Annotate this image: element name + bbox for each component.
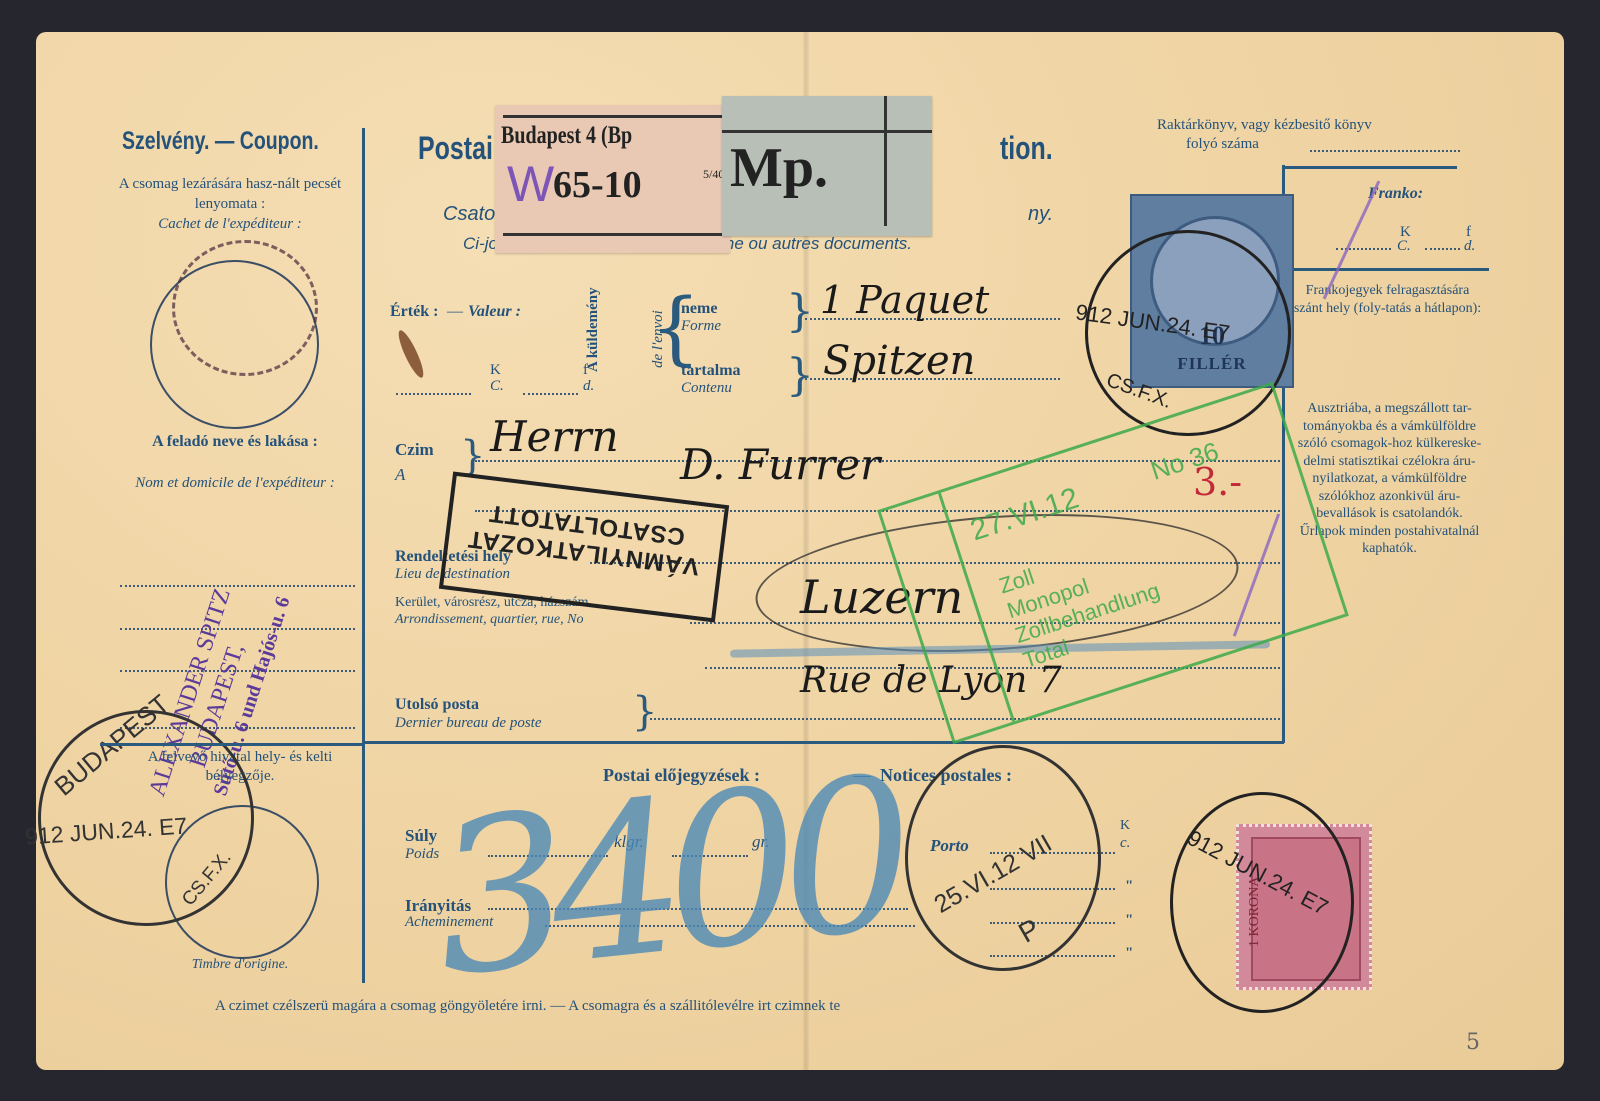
footer-instruction: A czimet czélszerü magára a csomag göngy…	[215, 998, 840, 1015]
franko-top-rule	[1285, 166, 1457, 169]
register-label-1: Raktárkönyv, vagy kézbesitő könyv	[1157, 117, 1372, 134]
label-office: Budapest 4 (Bp	[501, 122, 632, 150]
district-label-fr: Arrondissement, quartier, rue, No	[395, 612, 583, 628]
porto-c-label: c.	[1120, 835, 1130, 852]
content-label-hu: tartalma	[681, 362, 741, 380]
kind-label-hu: neme	[681, 300, 717, 318]
label-top-rule	[503, 115, 728, 118]
blue-crayon-weight: 3400	[423, 732, 909, 1024]
label-number: 65-10	[553, 163, 642, 207]
green-stamp-lines: Zoll Monopol Zollbehandlung Total	[996, 528, 1171, 673]
ditto-mark-3: "	[1125, 945, 1133, 962]
address-label-fr: A	[395, 465, 405, 485]
franko-f-field[interactable]	[1425, 248, 1460, 250]
handwritten-kind: 1 Paquet	[820, 278, 989, 322]
label-w-mark: W	[507, 155, 554, 213]
last-post-label-hu: Utolsó posta	[395, 696, 479, 714]
register-number-field[interactable]	[1310, 150, 1460, 152]
coupon-seal-label-hu: A csomag lezárására hasz-nált pecsét len…	[105, 174, 355, 214]
wax-seal-imprint	[172, 240, 318, 376]
coupon-divider	[362, 128, 365, 983]
budapest-parcel-label: Budapest 4 (Bp W 65-10 5/40	[495, 105, 730, 253]
form-title-right: tion.	[1000, 130, 1053, 167]
ditto-mark-1: "	[1125, 878, 1133, 895]
shipment-label-hu: A küldemény	[585, 287, 602, 372]
coupon-office-rule	[100, 743, 362, 746]
value-k-field[interactable]	[396, 393, 471, 395]
coupon-title: Szelvény. — Coupon.	[122, 127, 325, 156]
ditto-mark-2: "	[1125, 912, 1133, 929]
kind-label-fr: Forme	[681, 318, 721, 335]
franko-d-label: d.	[1464, 238, 1475, 255]
mp-label-text: Mp.	[730, 136, 828, 200]
address-label-hu: Czim	[395, 440, 434, 460]
mp-label: Mp.	[722, 96, 932, 236]
value-c-label: C.	[490, 378, 504, 395]
content-label-fr: Contenu	[681, 380, 732, 397]
value-d-label: d.	[583, 378, 594, 395]
green-stamp-date: 27.VI.12	[966, 481, 1083, 548]
coupon-seal-label-fr: Cachet de l'expéditeur :	[105, 216, 355, 233]
value-label-fr: Valeur :	[468, 303, 521, 321]
handwritten-content: Spitzen	[823, 338, 975, 384]
value-k-label: K	[490, 362, 501, 379]
register-label-2: folyó száma	[1186, 136, 1259, 153]
corner-pencil-number: 5	[1466, 1030, 1480, 1055]
franko-mid-rule	[1285, 268, 1489, 271]
mp-label-vrule	[884, 96, 887, 226]
handwritten-name: D. Furrer	[680, 440, 880, 489]
attached-label-hu: Csatol	[443, 203, 500, 226]
value-label-hu: Érték :	[390, 303, 438, 321]
form-title-left: Postai	[418, 130, 493, 167]
franko-stamps-note: Frankojegyek felragasztására szánt hely …	[1290, 282, 1485, 318]
label-bottom-rule	[503, 233, 728, 236]
customs-stamp-text: VÁMNYILATKOZAT CSATOLTATOTT	[448, 494, 723, 582]
handwritten-salutation: Herrn	[490, 412, 619, 461]
mp-label-rule	[722, 130, 932, 133]
porto-k-label: K	[1120, 818, 1130, 834]
last-post-label-fr: Dernier bureau de poste	[395, 715, 542, 732]
franko-c-label: C.	[1397, 238, 1411, 255]
attached-label-hu-end: ny.	[1028, 203, 1053, 226]
coupon-office-label-fr: Timbre d'origine.	[140, 957, 340, 973]
value-f-field[interactable]	[523, 393, 578, 395]
green-stamp-number: No 36	[1147, 436, 1223, 487]
